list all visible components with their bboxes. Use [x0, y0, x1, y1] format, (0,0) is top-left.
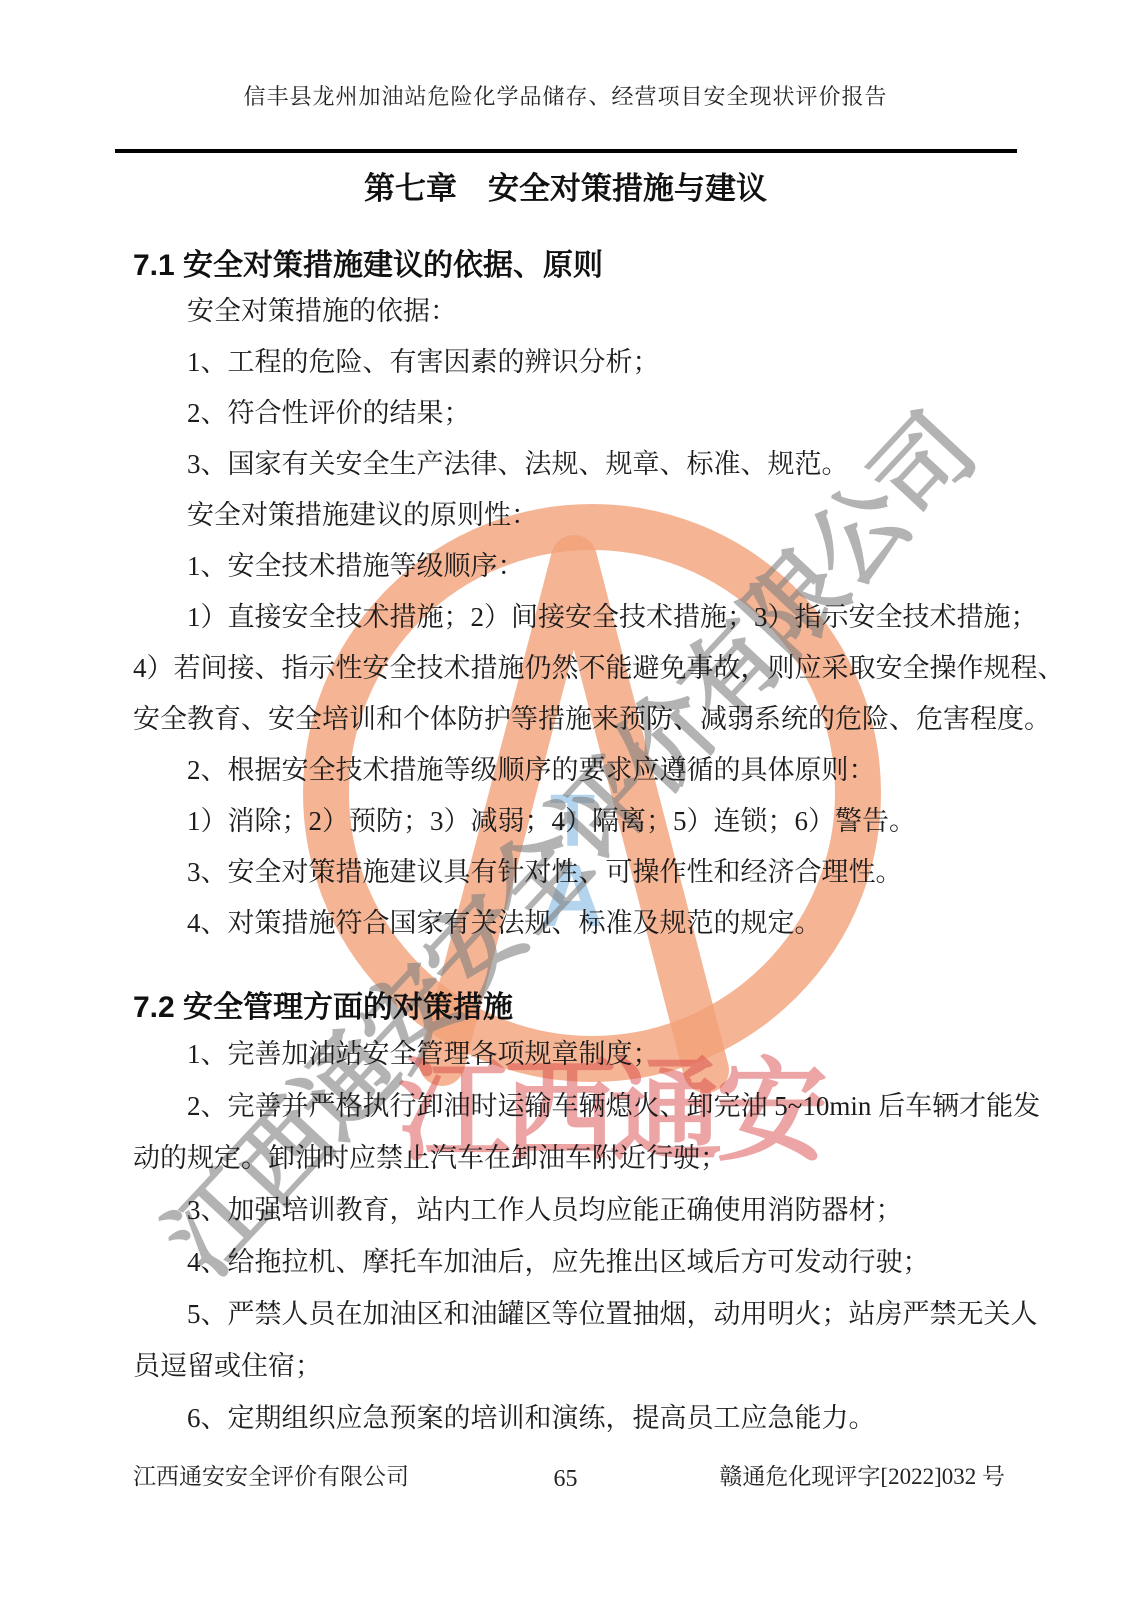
- body-line: 1、安全技术措施等级顺序：: [133, 541, 1071, 592]
- running-header: 信丰县龙州加油站危险化学品储存、经营项目安全现状评价报告: [0, 80, 1131, 111]
- body-line: 1）消除；2）预防；3）减弱；4）隔离；5）连锁；6）警告。: [133, 796, 1071, 847]
- body-line: 安全教育、安全培训和个体防护等措施来预防、减弱系统的危险、危害程度。: [133, 694, 1071, 745]
- section-heading-7-1: 7.1 安全对策措施建议的依据、原则: [133, 240, 603, 284]
- body-line: 2、完善并严格执行卸油时运输车辆熄火、卸完油 5~10min 后车辆才能发: [133, 1080, 1071, 1132]
- body-line: 5、严禁人员在加油区和油罐区等位置抽烟，动用明火；站房严禁无关人: [133, 1288, 1071, 1340]
- body-line: 1、工程的危险、有害因素的辨识分析；: [133, 337, 1071, 388]
- page-content: 信丰县龙州加油站危险化学品储存、经营项目安全现状评价报告 第七章 安全对策措施与…: [0, 0, 1131, 1600]
- body-line: 1、完善加油站安全管理各项规章制度；: [133, 1028, 1071, 1080]
- body-line: 3、安全对策措施建议具有针对性、可操作性和经济合理性。: [133, 847, 1071, 898]
- section-7-2-body: 1、完善加油站安全管理各项规章制度；2、完善并严格执行卸油时运输车辆熄火、卸完油…: [133, 1028, 1071, 1444]
- section-7-1-body: 安全对策措施的依据：1、工程的危险、有害因素的辨识分析；2、符合性评价的结果；3…: [133, 286, 1071, 949]
- chapter-title: 第七章 安全对策措施与建议: [0, 163, 1131, 208]
- body-line: 员逗留或住宿；: [133, 1340, 1071, 1392]
- body-line: 3、加强培训教育，站内工作人员均应能正确使用消防器材；: [133, 1184, 1071, 1236]
- body-line: 4）若间接、指示性安全技术措施仍然不能避免事故，则应采取安全操作规程、: [133, 643, 1071, 694]
- body-line: 6、定期组织应急预案的培训和演练，提高员工应急能力。: [133, 1392, 1071, 1444]
- header-rule: [115, 149, 1017, 153]
- body-line: 2、符合性评价的结果；: [133, 388, 1071, 439]
- body-line: 安全对策措施的依据：: [133, 286, 1071, 337]
- document-page: T A 江西通安安全评价有限公司 江西通安 信丰县龙州加油站危险化学品储存、经营…: [0, 0, 1131, 1600]
- body-line: 安全对策措施建议的原则性：: [133, 490, 1071, 541]
- body-line: 3、国家有关安全生产法律、法规、规章、标准、规范。: [133, 439, 1071, 490]
- body-line: 2、根据安全技术措施等级顺序的要求应遵循的具体原则：: [133, 745, 1071, 796]
- body-line: 4、对策措施符合国家有关法规、标准及规范的规定。: [133, 898, 1071, 949]
- section-heading-7-2: 7.2 安全管理方面的对策措施: [133, 982, 513, 1026]
- body-line: 4、给拖拉机、摩托车加油后，应先推出区域后方可发动行驶；: [133, 1236, 1071, 1288]
- footer-report-number: 赣通危化现评字[2022]032 号: [719, 1458, 1005, 1491]
- body-line: 动的规定。卸油时应禁止汽车在卸油车附近行驶；: [133, 1132, 1071, 1184]
- body-line: 1）直接安全技术措施；2）间接安全技术措施；3）指示安全技术措施；: [133, 592, 1071, 643]
